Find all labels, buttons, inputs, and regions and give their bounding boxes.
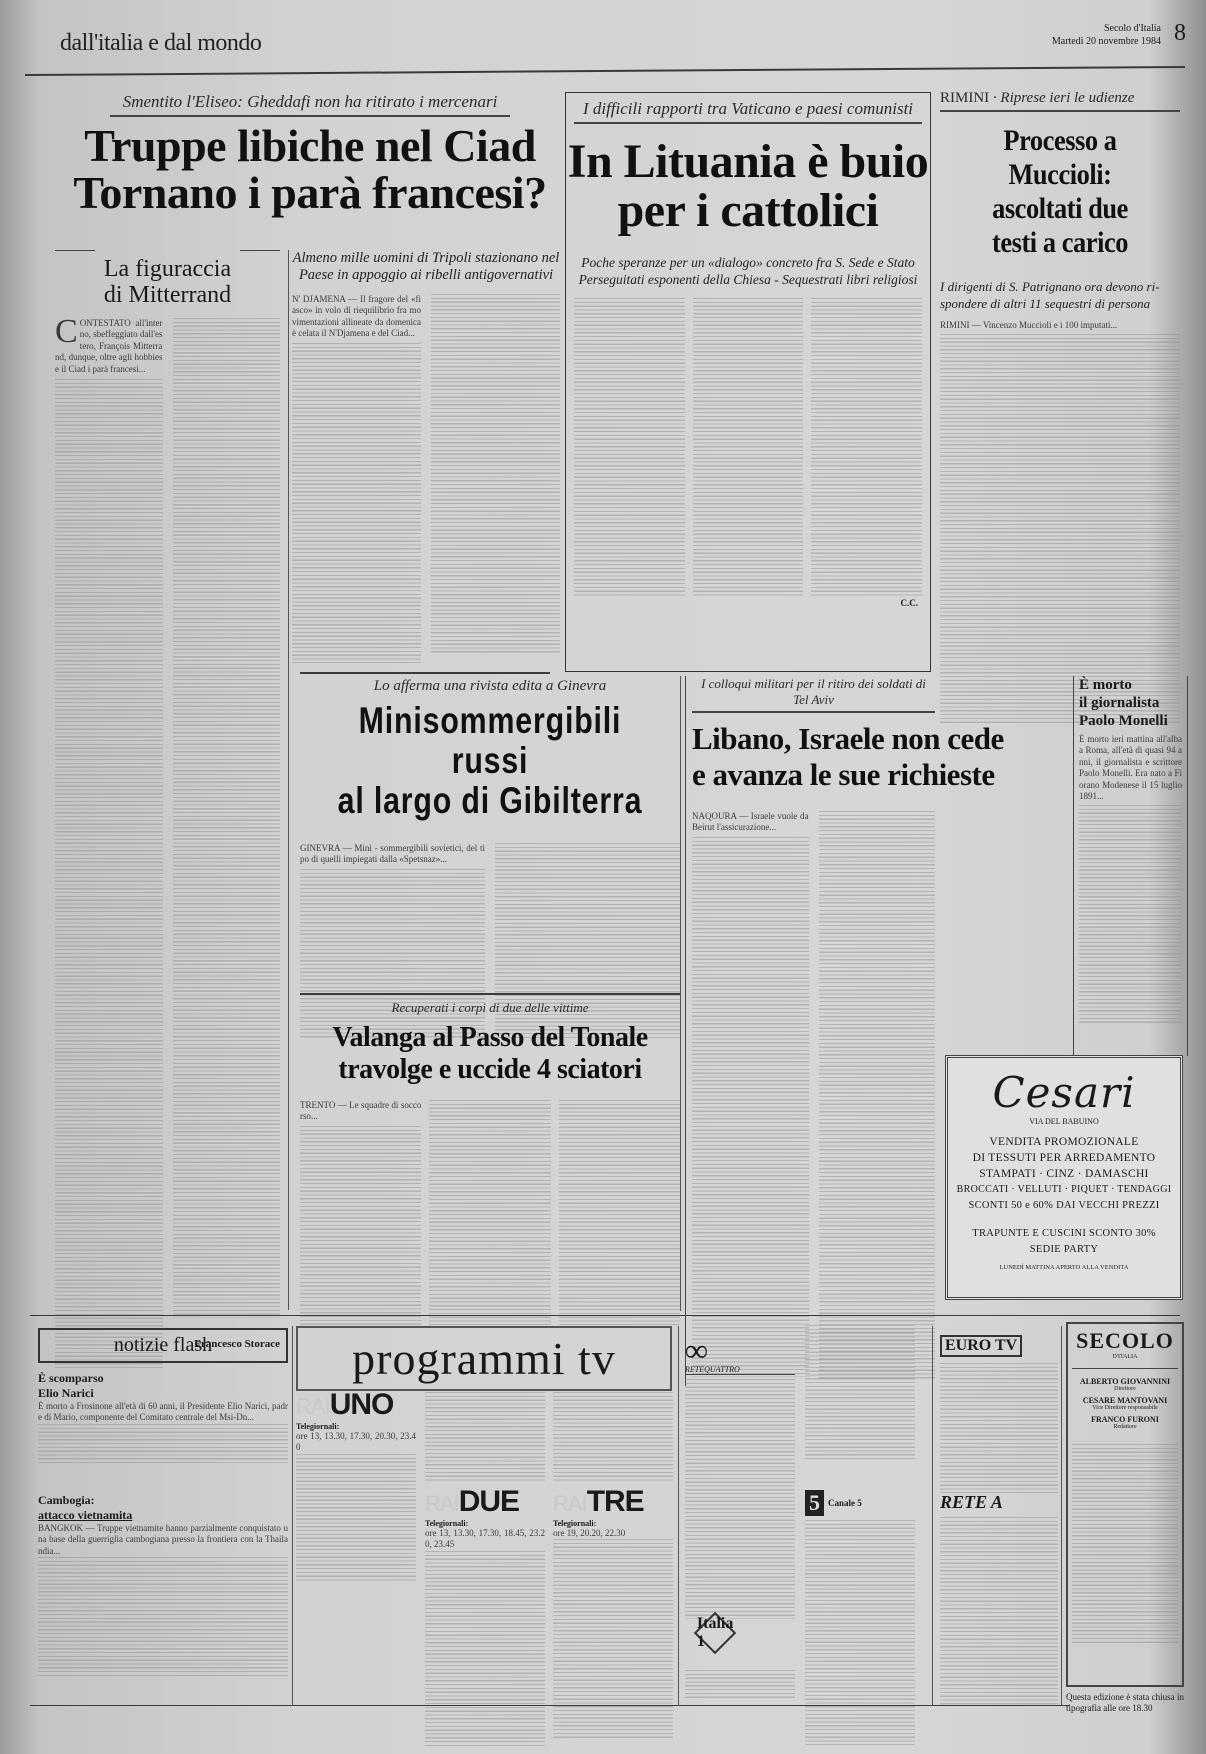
channel-label: Telegiornali: <box>296 1422 416 1431</box>
flash-item: È scomparso Elio Narici È morto a Frosin… <box>38 1371 288 1481</box>
libano-headline-2: e avanza le sue richieste <box>692 757 935 793</box>
italia1-icon: Italia 1 <box>700 1618 740 1648</box>
valanga-kicker: Recuperati i corpi di due delle vittime <box>300 1000 680 1016</box>
muccioli-subhead: I dirigenti di S. Patrignano ora devono … <box>940 278 1180 312</box>
flash-body-text: È morto a Frosinone all'età di 60 anni, … <box>38 1401 288 1422</box>
valanga-headline-1: Valanga al Passo del Tonale <box>300 1022 680 1054</box>
section-title: dall'italia e dal mondo <box>60 30 261 57</box>
mitterrand-body: C ONTESTATO all'interno, sbeffeggiato da… <box>55 318 280 1368</box>
lituania-subhead: Poche speranze per un «dialogo» concreto… <box>566 254 930 288</box>
mitterrand-title-1: La figuraccia <box>55 256 280 282</box>
lituania-headline-1: In Lituania è buio <box>566 138 930 187</box>
mitterrand-title-2: di Mitterrand <box>55 282 280 308</box>
channel-raiuno: RAIUNO Telegiornali: ore 13, 13.30, 17.3… <box>296 1388 416 1581</box>
column-divider <box>932 1326 933 1706</box>
column-divider <box>292 1326 293 1706</box>
flash-body: BANGKOK — Truppe vietnamite hanno parzia… <box>38 1523 288 1693</box>
channel-name: DUE <box>459 1485 519 1518</box>
ad-line: VENDITA PROMOZIONALE <box>948 1134 1180 1150</box>
channel-name: Italia 1 <box>697 1615 733 1651</box>
flash-heading-1: È scomparso <box>38 1371 288 1386</box>
channel-name: EURO TV <box>940 1335 1022 1357</box>
muccioli-subhead-1: I dirigenti di S. Patrignano ora devono … <box>940 278 1180 295</box>
lituania-subhead-2: Perseguitati esponenti della Chiesa - Se… <box>566 271 930 288</box>
ad-address: VIA DEL BABUINO <box>948 1117 1180 1126</box>
flash-heading-2: attacco vietnamita <box>38 1508 288 1523</box>
italia1-schedule <box>685 1670 795 1700</box>
flash-heading-2: Elio Narici <box>38 1386 288 1401</box>
monelli-headline-2: il giornalista <box>1079 694 1182 712</box>
channel-retea: RETE A <box>940 1492 1058 1707</box>
monelli-headline-1: È morto <box>1079 676 1182 694</box>
masthead-meta: Secolo d'Italia Martedì 20 novembre 1984 <box>1052 22 1161 48</box>
channel-raidue: RAIDUE Telegiornali: ore 13, 13.30, 17.3… <box>425 1485 545 1748</box>
mini-kicker: Lo afferma una rivista edita a Ginevra <box>300 678 680 695</box>
channel-label: Telegiornali: <box>425 1519 545 1528</box>
ad-line: SCONTI 50 e 60% DAI VECCHI PREZZI <box>948 1198 1180 1214</box>
ciad-subhead-1: Almeno mille uomini di Tripoli stazionan… <box>292 250 560 267</box>
masthead-rule <box>25 66 1185 76</box>
monelli-headline-3: Paolo Monelli <box>1079 712 1182 730</box>
rai-ghost: RAI <box>296 1394 330 1419</box>
muccioli-headline-1: Processo a Muccioli: <box>954 124 1165 192</box>
muccioli-kicker-text: Riprese ieri le udienze <box>1000 90 1134 106</box>
ad-brand: Cesari <box>948 1068 1180 1117</box>
raiuno-schedule-3 <box>553 1392 673 1482</box>
column-divider <box>1061 1326 1062 1706</box>
ad-line-2: TRAPUNTE E CUSCINI SCONTO 30% <box>948 1226 1180 1242</box>
colophon-editor: FRANCO FURONI <box>1068 1415 1182 1424</box>
ad-lines: VENDITA PROMOZIONALE DI TESSUTI PER ARRE… <box>948 1134 1180 1214</box>
programmi-tv-title: programmi tv <box>298 1332 670 1385</box>
muccioli-headline-2: ascoltati due <box>954 192 1165 226</box>
column-divider <box>678 1326 679 1706</box>
monelli-body: È morto ieri mattina all'alba a Roma, al… <box>1079 734 1182 1034</box>
raidue-logo: RAIDUE <box>425 1485 545 1519</box>
flash-body-text: BANGKOK — Truppe vietnamite hanno parzia… <box>38 1523 288 1556</box>
mitterrand-sidebar: La figuraccia di Mitterrand C ONTESTATO … <box>55 248 280 1350</box>
rule-right <box>240 250 280 251</box>
libano-dateline: NAQOURA — Israele vuole da Beirut l'assi… <box>692 811 809 832</box>
colophon-title: SECOLO <box>1068 1328 1182 1354</box>
ciad-subhead: Almeno mille uomini di Tripoli stazionan… <box>292 250 560 284</box>
retequattro-icon: ∞ <box>685 1335 795 1365</box>
notizie-flash: notizie flash È scomparso Elio Narici È … <box>38 1328 288 1693</box>
colophon-condirector: CESARE MANTOVANI <box>1068 1396 1182 1405</box>
muccioli-subhead-2: spondere di altri 11 sequestri di person… <box>940 295 1180 312</box>
channel-name: RETEQUATTRO <box>685 1365 795 1375</box>
mini-headline: Minisommergibili russi al largo di Gibil… <box>334 701 646 821</box>
page-number: 8 <box>1174 20 1186 47</box>
raitre-logo: RAITRE <box>553 1485 673 1519</box>
issue-date: Martedì 20 novembre 1984 <box>1052 35 1161 48</box>
muccioli-kicker-place: RIMINI <box>940 90 989 106</box>
channel-schedule: ore 19, 20.20, 22.30 <box>553 1528 673 1748</box>
raiuno-schedule-2 <box>425 1392 545 1482</box>
muccioli-headline: Processo a Muccioli: ascoltati due testi… <box>954 124 1165 260</box>
channel-name: UNO <box>330 1388 394 1421</box>
column-divider <box>680 676 681 1311</box>
channel-schedule: ore 13, 13.30, 17.30, 20.30, 23.40 <box>296 1431 416 1581</box>
valanga-body: TRENTO — Le squadre di soccorso... <box>300 1100 680 1330</box>
mini-dateline: GINEVRA — Mini - sommergibili sovietici,… <box>300 843 485 864</box>
colophon-condirector-role: Vice Direttore responsabile <box>1068 1405 1182 1411</box>
bottom-section-rule <box>30 1315 1180 1316</box>
ciad-dateline: N' DJAMENA — Il fragore del «fiasco» in … <box>292 294 421 338</box>
muccioli-kicker: RIMINI · Riprese ieri le udienze <box>940 90 1180 112</box>
channel-times: ore 13, 13.30, 17.30, 20.30, 23.40 <box>296 1431 416 1452</box>
newspaper-name: Secolo d'Italia <box>1052 22 1161 35</box>
flash-body: È morto a Frosinone all'età di 60 anni, … <box>38 1401 288 1481</box>
libano-kicker: I colloqui militari per il ritiro dei so… <box>692 676 935 713</box>
canale5-icon: 5 <box>805 1490 824 1516</box>
ciad-headline-2: Tornano i parà francesi? <box>60 170 560 217</box>
ad-line: STAMPATI · CINZ · DAMASCHI <box>948 1166 1180 1182</box>
channel-name: Canale 5 <box>828 1498 862 1508</box>
cesari-advertisement: Cesari VIA DEL BABUINO VENDITA PROMOZION… <box>945 1055 1183 1300</box>
ciad-kicker: Smentito l'Eliseo: Gheddafi non ha ritir… <box>110 92 510 117</box>
ciad-subhead-2: Paese in appoggio ai ribelli antigoverna… <box>292 267 560 284</box>
channel-schedule: ore 13, 13.30, 17.30, 18.45, 23.20, 23.4… <box>425 1528 545 1748</box>
programmi-tv-header: programmi tv <box>296 1326 672 1391</box>
muccioli-headline-3: testi a carico <box>954 226 1165 260</box>
monelli-article: È morto il giornalista Paolo Monelli È m… <box>1073 676 1188 1056</box>
ciad-end-rule <box>300 672 550 674</box>
valanga-article: Recuperati i corpi di due delle vittime … <box>300 1000 680 1330</box>
lituania-headline-2: per i cattolici <box>566 187 930 236</box>
colophon: SECOLO D'ITALIA ALBERTO GIOVANNINI Diret… <box>1066 1322 1184 1687</box>
libano-headline-1: Libano, Israele non cede <box>692 721 935 757</box>
mini-headline-2: al largo di Gibilterra <box>334 781 646 821</box>
minisommergibili-article: Lo afferma una rivista edita a Ginevra M… <box>300 678 680 1043</box>
colophon-subtitle: D'ITALIA <box>1068 1354 1182 1360</box>
ciad-body: N' DJAMENA — Il fragore del «fiasco» in … <box>292 294 560 664</box>
mitterrand-title: La figuraccia di Mitterrand <box>55 248 280 308</box>
rule-left <box>55 250 95 251</box>
mini-headline-1: Minisommergibili russi <box>334 701 646 781</box>
ciad-article: Smentito l'Eliseo: Gheddafi non ha ritir… <box>60 92 560 217</box>
lituania-subhead-1: Poche speranze per un «dialogo» concreto… <box>566 254 930 271</box>
channel-canale5: 5 Canale 5 <box>805 1490 915 1745</box>
monelli-headline: È morto il giornalista Paolo Monelli <box>1079 676 1182 730</box>
flash-item: Cambogia: attacco vietnamita BANGKOK — T… <box>38 1493 288 1693</box>
channel-times: ore 13, 13.30, 17.30, 18.45, 23.20, 23.4… <box>425 1528 545 1549</box>
libano-headline: Libano, Israele non cede e avanza le sue… <box>692 721 935 793</box>
channel-times: ore 19, 20.20, 22.30 <box>553 1528 625 1538</box>
channel-retequattro: ∞ RETEQUATTRO <box>685 1335 795 1619</box>
channel-raitre: RAITRE Telegiornali: ore 19, 20.20, 22.3… <box>553 1485 673 1748</box>
column-divider <box>288 250 289 1310</box>
raiuno-logo: RAIUNO <box>296 1388 416 1422</box>
muccioli-body: RIMINI — Vincenzo Muccioli e i 100 imput… <box>940 320 1180 730</box>
colophon-editor-role: Redattore <box>1068 1424 1182 1430</box>
libano-article: I colloqui militari per il ritiro dei so… <box>685 676 935 1386</box>
bottom-rule <box>30 1705 1070 1706</box>
rai-ghost: RAI <box>553 1491 587 1516</box>
flash-heading-1: Cambogia: <box>38 1493 288 1508</box>
retequattro-schedule <box>805 1325 915 1460</box>
mini-end-rule <box>300 993 680 995</box>
lituania-article: I difficili rapporti tra Vaticano e paes… <box>565 92 931 672</box>
ciad-headline-1: Truppe libiche nel Ciad <box>60 123 560 170</box>
rai-ghost: RAI <box>425 1491 459 1516</box>
muccioli-article: RIMINI · Riprese ieri le udienze Process… <box>940 90 1180 730</box>
lituania-body <box>574 298 922 598</box>
ciad-main: Almeno mille uomini di Tripoli stazionan… <box>292 250 560 664</box>
muccioli-dateline: RIMINI — Vincenzo Muccioli e i 100 imput… <box>940 320 1117 330</box>
ad-line: BROCCATI · VELLUTI · PIQUET · TENDAGGI <box>948 1182 1180 1198</box>
notizie-flash-title: notizie flash <box>38 1328 288 1363</box>
channel-eurotv: EURO TV <box>940 1335 1058 1493</box>
colophon-director: ALBERTO GIOVANNINI <box>1068 1377 1182 1386</box>
ad-footer: LUNEDÌ MATTINA APERTO ALLA VENDITA <box>948 1264 1180 1271</box>
monelli-lead: È morto ieri mattina all'alba a Roma, al… <box>1079 734 1182 801</box>
channel-name: RETE A <box>940 1492 1058 1513</box>
lituania-signature: C.C. <box>566 598 918 608</box>
ad-line: DI TESSUTI PER ARREDAMENTO <box>948 1150 1180 1166</box>
lituania-kicker: I difficili rapporti tra Vaticano e paes… <box>574 99 922 124</box>
valanga-headline-2: travolge e uccide 4 sciatori <box>300 1054 680 1086</box>
valanga-headline: Valanga al Passo del Tonale travolge e u… <box>300 1022 680 1086</box>
colophon-note: Questa edizione è stata chiusa in tipogr… <box>1066 1692 1184 1714</box>
libano-body: NAQOURA — Israele vuole da Beirut l'assi… <box>692 811 935 1386</box>
channel-name: TRE <box>587 1485 644 1518</box>
ad-line-3: SEDIE PARTY <box>948 1242 1180 1258</box>
dropcap: C <box>55 318 78 346</box>
valanga-dateline: TRENTO — Le squadre di soccorso... <box>300 1100 421 1121</box>
channel-label: Telegiornali: <box>553 1519 673 1528</box>
colophon-director-role: Direttore <box>1068 1386 1182 1392</box>
